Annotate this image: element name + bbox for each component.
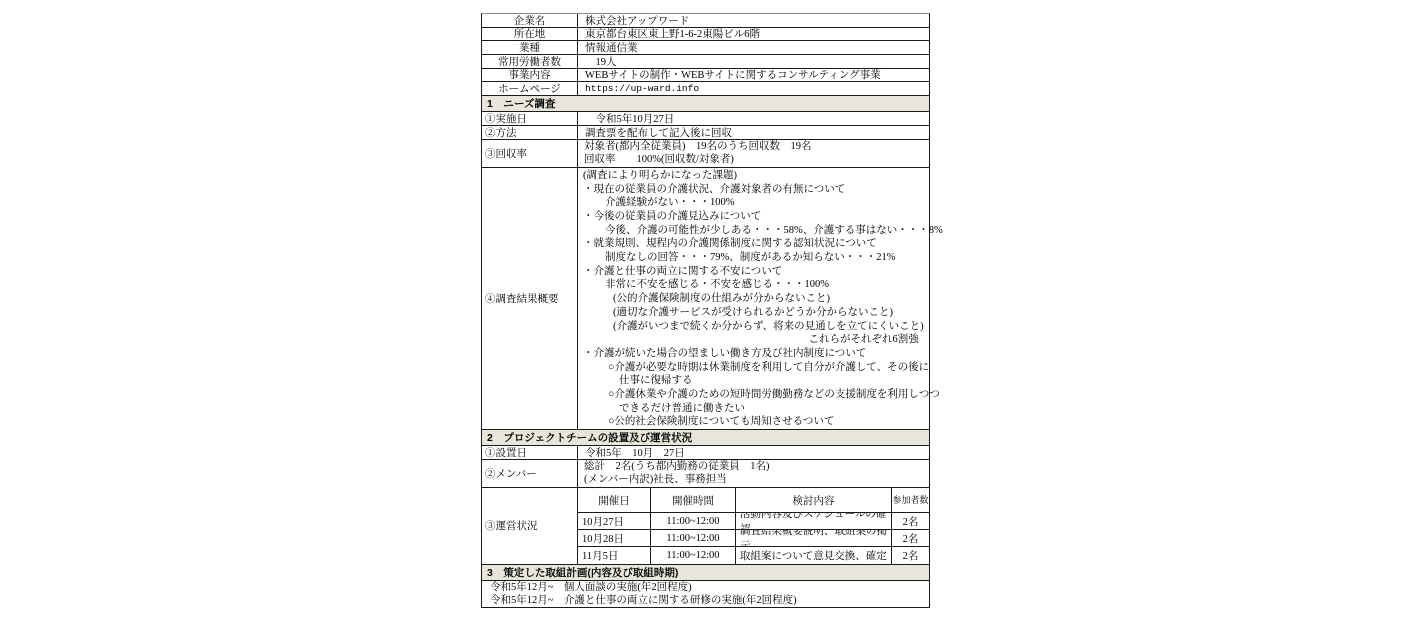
meetings-table: 開催日 開催時間 検討内容 参加者数 10月27日 11:00~12:00 活動… xyxy=(578,488,929,564)
survey-line: ・介護と仕事の両立に関する不安について xyxy=(578,265,943,279)
row-value: 令和5年10月27日 xyxy=(578,112,929,125)
col-header-topic: 検討内容 xyxy=(736,488,892,512)
meetings-header-row: 開催日 開催時間 検討内容 参加者数 xyxy=(578,488,929,513)
survey-line: ・介護が続いた場合の望ましい働き方及び社内制度について xyxy=(578,347,943,361)
table-row: ①設置日 令和5年 10月 27日 xyxy=(482,446,929,460)
col-header-attendees: 参加者数 xyxy=(892,488,929,512)
meeting-topic: 活動内容及びスケジュールの確認 xyxy=(736,513,892,529)
row-label: ②メンバー xyxy=(482,460,578,487)
row-label: ①設置日 xyxy=(482,446,578,459)
members-line: 総計 2名(うち都内勤務の従業員 1名) xyxy=(584,460,929,474)
row-value: 令和5年 10月 27日 xyxy=(578,446,929,459)
row-label: ホームページ xyxy=(482,82,578,95)
row-value: 株式会社アップワード xyxy=(578,14,929,27)
row-label: 常用労働者数 xyxy=(482,55,578,68)
survey-line: これらがそれぞれ6割強 xyxy=(578,333,943,347)
meeting-row: 10月27日 11:00~12:00 活動内容及びスケジュールの確認 2名 xyxy=(578,513,929,530)
meeting-topic: 調査結果概要説明、取組案の掲示 xyxy=(736,530,892,546)
row-value: 情報通信業 xyxy=(578,41,929,54)
row-value: 調査票を配布して記入後に回収 xyxy=(578,126,929,139)
table-row: 企業名 株式会社アップワード xyxy=(482,14,929,28)
survey-line: ・現在の従業員の介護状況、介護対象者の有無について xyxy=(578,183,943,197)
row-label: ①実施日 xyxy=(482,112,578,125)
survey-line: できるだけ普通に働きたい xyxy=(578,402,943,416)
survey-line: ・今後の従業員の介護見込みについて xyxy=(578,210,943,224)
survey-line: (調査により明らかになった課題) xyxy=(578,169,943,183)
col-header-time: 開催時間 xyxy=(651,488,736,512)
row-label: 企業名 xyxy=(482,14,578,27)
row-value: WEBサイトの制作・WEBサイトに関するコンサルティング事業 xyxy=(578,69,929,82)
row-label: 業種 xyxy=(482,41,578,54)
row-label: ③運営状況 xyxy=(482,488,578,564)
table-row: ①実施日 令和5年10月27日 xyxy=(482,112,929,126)
table-row: 所在地 東京都台東区東上野1-6-2東陽ビル6階 xyxy=(482,28,929,42)
meeting-attendees: 2名 xyxy=(892,547,929,564)
survey-line: (介護がいつまで続くか分からず、将来の見通しを立てにくいこと) xyxy=(578,320,943,334)
table-row: ②メンバー 総計 2名(うち都内勤務の従業員 1名) (メンバー内訳)社長、事務… xyxy=(482,460,929,488)
row-label: 事業内容 xyxy=(482,69,578,82)
row-label: ②方法 xyxy=(482,126,578,139)
table-row: ③回収率 対象者(都内全従業員) 19名のうち回収数 19名 回収率 100%(… xyxy=(482,140,929,168)
row-value: 東京都台東区東上野1-6-2東陽ビル6階 xyxy=(578,28,929,41)
row-value: 19人 xyxy=(578,55,929,68)
members-line: (メンバー内訳)社長、事務担当 xyxy=(584,473,929,487)
plan-row: 令和5年12月~ 個人面談の実施(年2回程度) 令和5年12月~ 介護と仕事の両… xyxy=(482,581,929,607)
row-value: 総計 2名(うち都内勤務の従業員 1名) (メンバー内訳)社長、事務担当 xyxy=(578,460,929,487)
col-header-date: 開催日 xyxy=(578,488,651,512)
homepage-url: https://up-ward.info xyxy=(578,82,929,95)
operations-row: ③運営状況 開催日 開催時間 検討内容 参加者数 10月27日 11:00~12… xyxy=(482,488,929,565)
plan-content: 令和5年12月~ 個人面談の実施(年2回程度) 令和5年12月~ 介護と仕事の両… xyxy=(482,581,929,607)
survey-summary-content: (調査により明らかになった課題) ・現在の従業員の介護状況、介護対象者の有無につ… xyxy=(578,168,943,429)
row-label: ④調査結果概要 xyxy=(482,168,578,429)
plan-line: 令和5年12月~ 介護と仕事の両立に関する研修の実施(年2回程度) xyxy=(490,594,929,607)
survey-line: ○公的社会保険制度についても周知させるついて xyxy=(578,415,943,429)
survey-line: 非常に不安を感じる・不安を感じる・・・100% xyxy=(578,278,943,292)
survey-line: 今後、介護の可能性が少しある・・・58%、介護する事はない・・・8% xyxy=(578,224,943,238)
meeting-date: 10月28日 xyxy=(578,530,651,546)
row-label: ③回収率 xyxy=(482,140,578,167)
meeting-row: 10月28日 11:00~12:00 調査結果概要説明、取組案の掲示 2名 xyxy=(578,530,929,547)
section1-header: 1 ニーズ調査 xyxy=(482,96,929,112)
meeting-attendees: 2名 xyxy=(892,530,929,546)
meeting-row: 11月5日 11:00~12:00 取組案について意見交換、確定 2名 xyxy=(578,547,929,564)
company-care-report-document: 企業名 株式会社アップワード 所在地 東京都台東区東上野1-6-2東陽ビル6階 … xyxy=(481,13,930,608)
rate-line: 対象者(都内全従業員) 19名のうち回収数 19名 xyxy=(584,140,929,154)
rate-line: 回収率 100%(回収数/対象者) xyxy=(584,153,929,167)
page-canvas: 企業名 株式会社アップワード 所在地 東京都台東区東上野1-6-2東陽ビル6階 … xyxy=(0,0,1404,623)
survey-line: 制度なしの回答・・・79%、制度があるか知らない・・・21% xyxy=(578,251,943,265)
survey-line: ・就業規則、規程内の介護関係制度に関する認知状況について xyxy=(578,237,943,251)
meeting-attendees: 2名 xyxy=(892,513,929,529)
meeting-time: 11:00~12:00 xyxy=(651,547,736,564)
meeting-time: 11:00~12:00 xyxy=(651,530,736,546)
survey-summary-row: ④調査結果概要 (調査により明らかになった課題) ・現在の従業員の介護状況、介護… xyxy=(482,168,929,430)
survey-line: ○介護休業や介護のための短時間労働勤務などの支援制度を利用しつつ xyxy=(578,388,943,402)
survey-line: 介護経験がない・・・100% xyxy=(578,196,943,210)
meeting-time: 11:00~12:00 xyxy=(651,513,736,529)
survey-line: (公的介護保険制度の仕組みが分からないこと) xyxy=(578,292,943,306)
plan-line: 令和5年12月~ 個人面談の実施(年2回程度) xyxy=(490,581,929,594)
section3-header: 3 策定した取組計画(内容及び取組時期) xyxy=(482,565,929,581)
row-value: 対象者(都内全従業員) 19名のうち回収数 19名 回収率 100%(回収数/対… xyxy=(578,140,929,167)
meeting-date: 10月27日 xyxy=(578,513,651,529)
survey-line: 仕事に復帰する xyxy=(578,374,943,388)
survey-line: (適切な介護サービスが受けられるかどうか分からないこと) xyxy=(578,306,943,320)
meeting-date: 11月5日 xyxy=(578,547,651,564)
table-row: ホームページ https://up-ward.info xyxy=(482,82,929,96)
table-row: ②方法 調査票を配布して記入後に回収 xyxy=(482,126,929,140)
survey-line: ○介護が必要な時期は休業制度を利用して自分が介護して、その後に xyxy=(578,361,943,375)
meeting-topic: 取組案について意見交換、確定 xyxy=(736,547,892,564)
row-label: 所在地 xyxy=(482,28,578,41)
section2-header: 2 プロジェクトチームの設置及び運営状況 xyxy=(482,430,929,446)
